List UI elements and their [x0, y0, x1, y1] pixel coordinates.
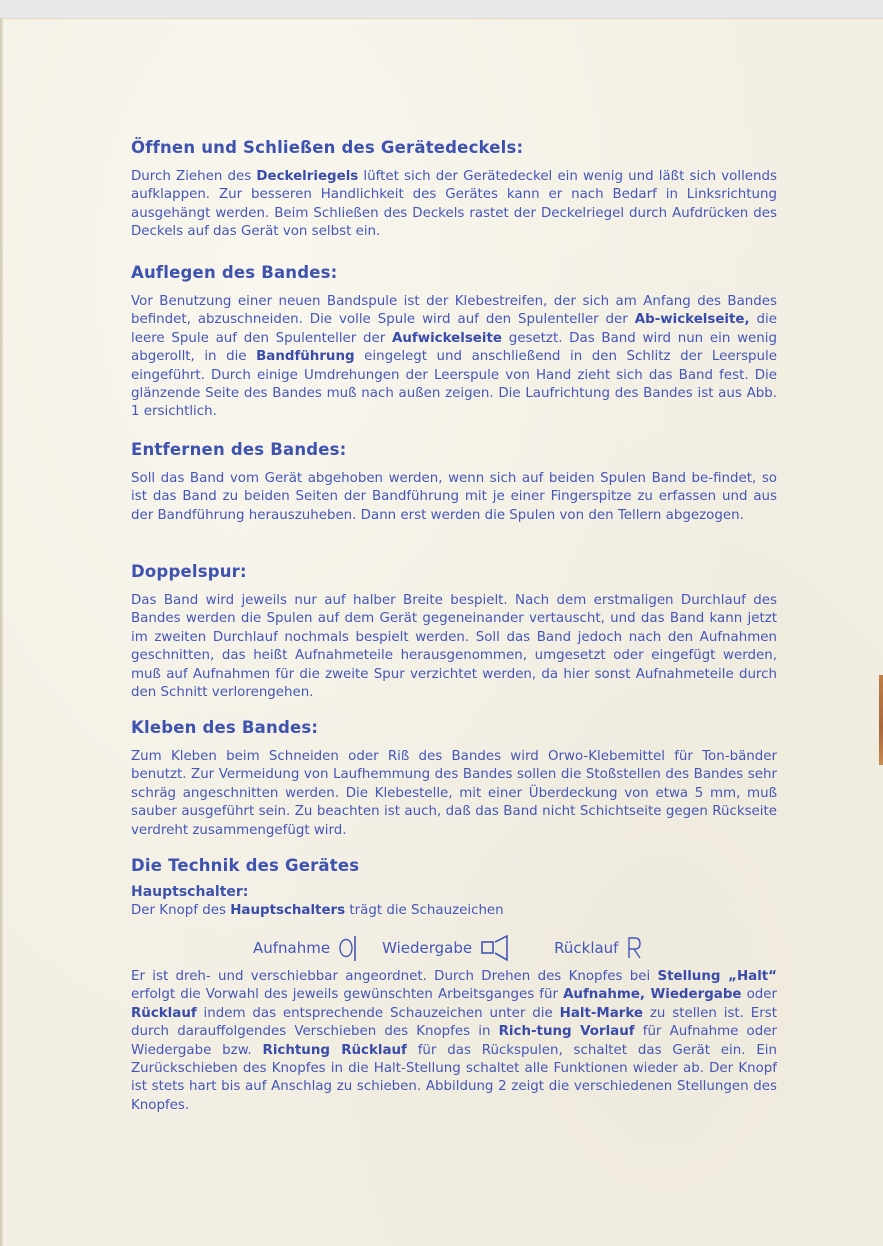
switch-symbols-row: Aufnahme Wiedergabe Rücklauf	[253, 934, 733, 962]
speaker-symbol-icon	[480, 934, 510, 962]
section-body: Durch Ziehen des Deckelriegels lüftet si…	[131, 168, 777, 242]
section-technik: Die Technik des Gerätes Hauptschalter: D…	[131, 856, 777, 920]
section-deckel: Öffnen und Schließen des Gerätedeckels: …	[131, 138, 777, 242]
section-kleben: Kleben des Bandes: Zum Kleben beim Schne…	[131, 718, 777, 840]
section-technik-body: Er ist dreh- und verschiebbar angeordnet…	[131, 968, 777, 1115]
rewind-r-symbol-icon	[626, 934, 642, 962]
section-heading: Auflegen des Bandes:	[131, 263, 777, 282]
section-body: Soll das Band vom Gerät abgehoben werden…	[131, 470, 777, 525]
symbol-ruecklauf: Rücklauf	[554, 934, 642, 962]
section-entfernen: Entfernen des Bandes: Soll das Band vom …	[131, 440, 777, 525]
section-heading: Entfernen des Bandes:	[131, 440, 777, 459]
symbol-wiedergabe: Wiedergabe	[382, 934, 510, 962]
section-body: Zum Kleben beim Schneiden oder Riß des B…	[131, 748, 777, 840]
record-symbol-icon	[338, 934, 360, 962]
section-heading: Kleben des Bandes:	[131, 718, 777, 737]
symbol-label: Wiedergabe	[382, 939, 472, 957]
subsection-heading: Hauptschalter:	[131, 884, 777, 900]
symbol-aufnahme: Aufnahme	[253, 934, 360, 962]
symbol-label: Rücklauf	[554, 939, 618, 957]
section-heading: Die Technik des Gerätes	[131, 856, 777, 875]
section-body: Das Band wird jeweils nur auf halber Bre…	[131, 592, 777, 702]
section-auflegen: Auflegen des Bandes: Vor Benutzung einer…	[131, 263, 777, 422]
section-body: Vor Benutzung einer neuen Bandspule ist …	[131, 293, 777, 422]
intro-text: Der Knopf des Hauptschalters trägt die S…	[131, 902, 777, 920]
symbol-label: Aufnahme	[253, 939, 330, 957]
rust-stain	[879, 675, 883, 765]
section-heading: Öffnen und Schließen des Gerätedeckels:	[131, 138, 777, 157]
section-heading: Doppelspur:	[131, 562, 777, 581]
section-body: Er ist dreh- und verschiebbar angeordnet…	[131, 968, 777, 1115]
section-doppelspur: Doppelspur: Das Band wird jeweils nur au…	[131, 562, 777, 702]
